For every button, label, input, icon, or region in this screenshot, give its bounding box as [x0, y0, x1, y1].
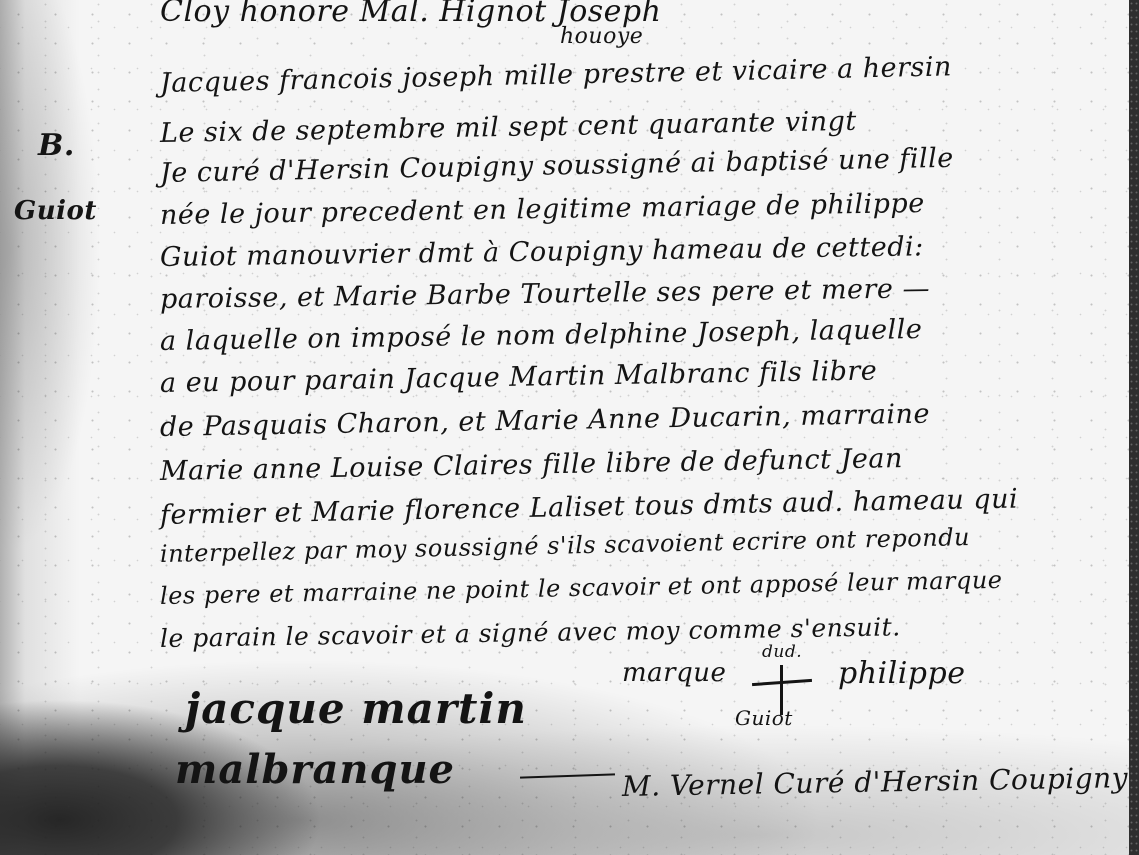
body-line-6: a laquelle on imposé le nom delphine Jos…: [160, 314, 923, 357]
margin-surname: Guiot: [14, 196, 97, 226]
body-line-4: Guiot manouvrier dmt à Coupigny hameau d…: [160, 231, 924, 273]
body-line-12: les pere et marraine ne point le scavoir…: [160, 566, 1003, 610]
body-line-8: de Pasquais Charon, et Marie Anne Ducari…: [160, 399, 930, 443]
godfather-signature-line-1: jacque martin: [185, 684, 527, 733]
margin-entry-type: B.: [38, 128, 75, 163]
body-line-2: Je curé d'Hersin Coupigny soussigné ai b…: [160, 143, 954, 189]
scanned-register-page: Cloy honore Mal. Hignot Joseph houoye Ja…: [0, 0, 1139, 855]
godfather-signature-line-2: malbranque: [175, 746, 455, 793]
priest-signature: M. Vernel Curé d'Hersin Coupigny: [622, 761, 1129, 803]
preceding-entry-overwrite: houoye: [560, 24, 643, 49]
father-surname: Guiot: [735, 706, 793, 730]
father-mark-label: marque: [622, 658, 726, 688]
body-line-9: Marie anne Louise Claires fille libre de…: [160, 443, 903, 487]
body-line-5: paroisse, et Marie Barbe Tourtelle ses p…: [160, 273, 930, 315]
father-given-name: philippe: [838, 656, 965, 691]
body-line-7: a eu pour parain Jacque Martin Malbranc …: [160, 355, 878, 399]
body-line-11: interpellez par moy soussigné s'ils scav…: [160, 523, 971, 568]
page-edge-shadow: [1129, 0, 1139, 855]
body-line-1: Le six de septembre mil sept cent quaran…: [160, 106, 857, 149]
father-mark-above: dud.: [762, 642, 802, 662]
body-line-3: née le jour precedent en legitime mariag…: [160, 188, 925, 231]
godfather-signature-flourish: [520, 773, 615, 778]
preceding-entry-vicar-line: Jacques francois joseph mille prestre et…: [160, 51, 953, 99]
